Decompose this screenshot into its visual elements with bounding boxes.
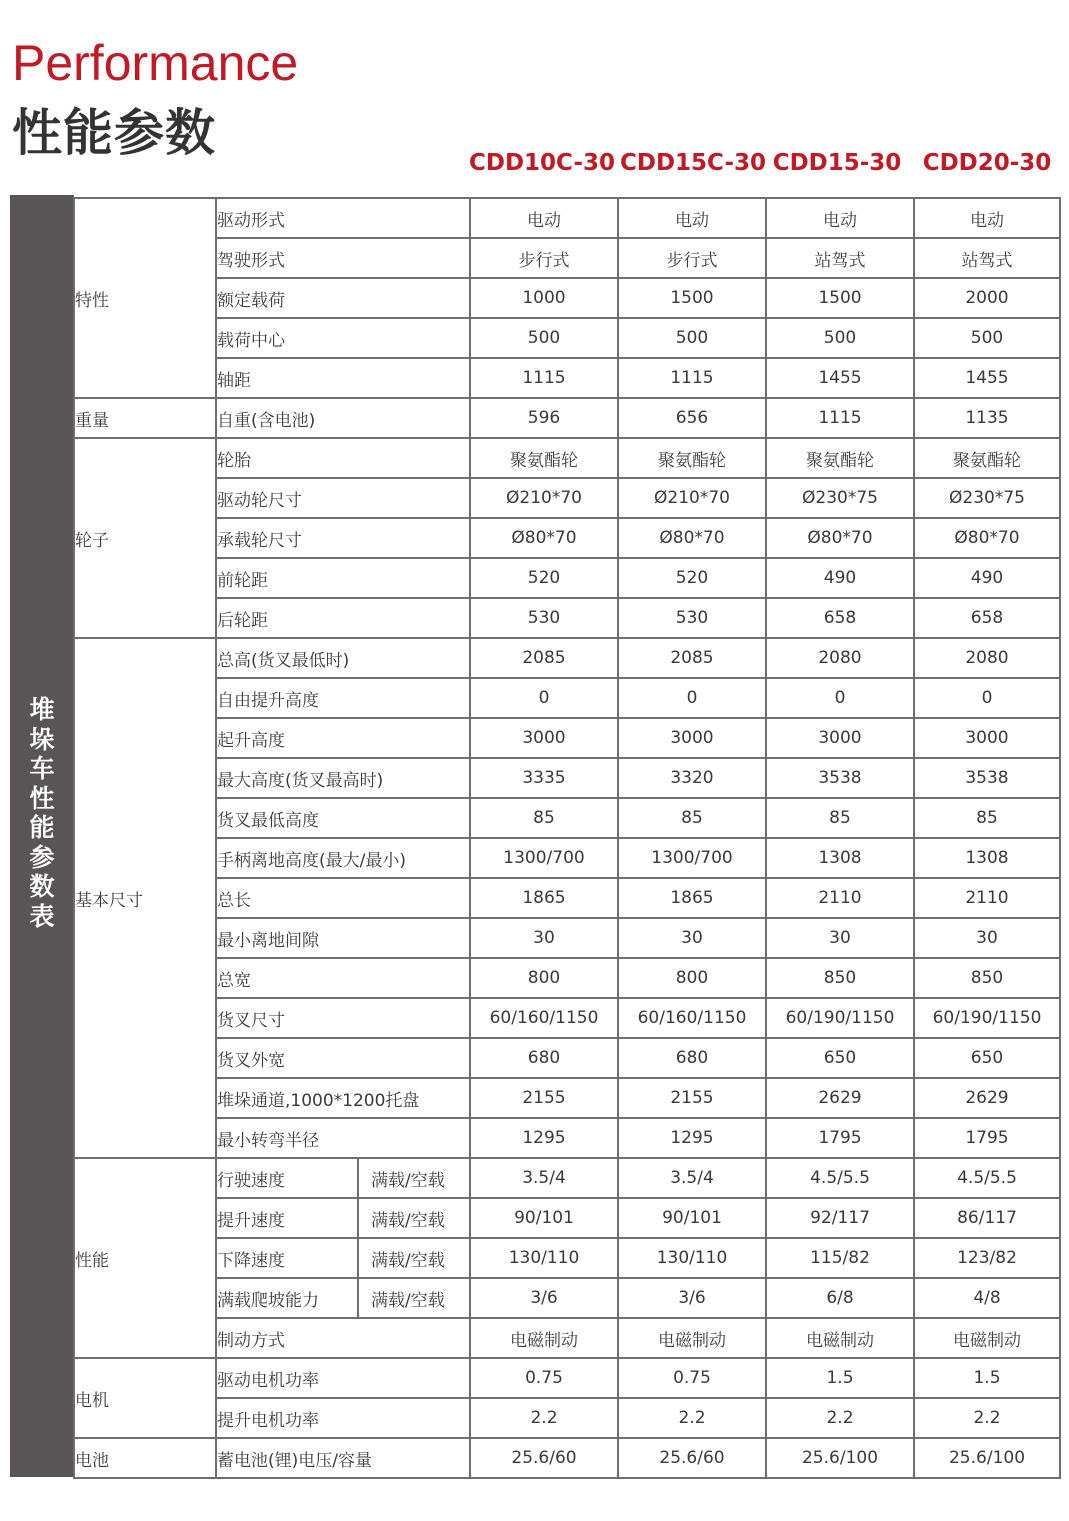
table-row: 驱动轮尺寸Ø210*70Ø210*70Ø230*75Ø230*75: [74, 478, 1060, 518]
category-cell: 电机: [74, 1358, 216, 1438]
param-cell: 蓄电池(锂)电压/容量: [216, 1438, 470, 1478]
value-cell: Ø230*75: [766, 478, 914, 518]
value-cell: 123/82: [914, 1238, 1060, 1278]
value-cell: 650: [766, 1038, 914, 1078]
value-cell: 650: [914, 1038, 1060, 1078]
category-cell: 性能: [74, 1158, 216, 1358]
value-cell: Ø210*70: [618, 478, 766, 518]
category-cell: 重量: [74, 398, 216, 438]
value-cell: 3/6: [618, 1278, 766, 1318]
value-cell: 4.5/5.5: [914, 1158, 1060, 1198]
value-cell: 490: [766, 558, 914, 598]
table-row: 重量自重(含电池)59665611151135: [74, 398, 1060, 438]
param-cell: 提升电机功率: [216, 1398, 470, 1438]
value-cell: 86/117: [914, 1198, 1060, 1238]
value-cell: 596: [470, 398, 618, 438]
value-cell: 520: [618, 558, 766, 598]
title-performance: Performance: [12, 38, 298, 88]
table-row: 货叉尺寸60/160/115060/160/115060/190/115060/…: [74, 998, 1060, 1038]
table-row: 最大高度(货叉最高时)3335332035383538: [74, 758, 1060, 798]
value-cell: 0: [914, 678, 1060, 718]
table-row: 轮子轮胎聚氨酯轮聚氨酯轮聚氨酯轮聚氨酯轮: [74, 438, 1060, 478]
value-cell: 130/110: [618, 1238, 766, 1278]
param-cell: 驾驶形式: [216, 238, 470, 278]
category-cell: 电池: [74, 1438, 216, 1478]
table-row: 自由提升高度0000: [74, 678, 1060, 718]
value-cell: 1295: [470, 1118, 618, 1158]
table-row: 满载爬坡能力满载/空载3/63/66/84/8: [74, 1278, 1060, 1318]
param-cell: 起升高度: [216, 718, 470, 758]
value-cell: 0.75: [618, 1358, 766, 1398]
category-cell: 特性: [74, 198, 216, 398]
value-cell: 3000: [766, 718, 914, 758]
param-cell: 最小离地间隙: [216, 918, 470, 958]
model-name: CDD15C-30: [619, 148, 767, 178]
param-cell: 总长: [216, 878, 470, 918]
param-cell: 总宽: [216, 958, 470, 998]
value-cell: 电磁制动: [470, 1318, 618, 1358]
value-cell: 850: [766, 958, 914, 998]
value-cell: 2.2: [914, 1398, 1060, 1438]
table-row: 前轮距520520490490: [74, 558, 1060, 598]
param-cell: 最小转弯半径: [216, 1118, 470, 1158]
value-cell: 2155: [618, 1078, 766, 1118]
value-cell: 85: [914, 798, 1060, 838]
table-row: 基本尺寸总高(货叉最低时)2085208520802080: [74, 638, 1060, 678]
param-cell: 制动方式: [216, 1318, 470, 1358]
value-cell: 3538: [914, 758, 1060, 798]
value-cell: Ø80*70: [618, 518, 766, 558]
model-name: CDD15-30: [763, 148, 911, 178]
value-cell: 电动: [766, 198, 914, 238]
value-cell: 聚氨酯轮: [618, 438, 766, 478]
param-cell: 驱动形式: [216, 198, 470, 238]
value-cell: 3000: [914, 718, 1060, 758]
param-cell: 手柄离地高度(最大/最小): [216, 838, 470, 878]
value-cell: 6/8: [766, 1278, 914, 1318]
table-row: 后轮距530530658658: [74, 598, 1060, 638]
table-row: 载荷中心500500500500: [74, 318, 1060, 358]
value-cell: 2080: [914, 638, 1060, 678]
param-cell: 满载爬坡能力: [216, 1278, 358, 1318]
table-row: 最小转弯半径1295129517951795: [74, 1118, 1060, 1158]
value-cell: 30: [766, 918, 914, 958]
value-cell: 电磁制动: [766, 1318, 914, 1358]
value-cell: 25.6/100: [914, 1438, 1060, 1478]
value-cell: 500: [618, 318, 766, 358]
table-row: 总宽800800850850: [74, 958, 1060, 998]
param-cell: 自由提升高度: [216, 678, 470, 718]
value-cell: 90/101: [470, 1198, 618, 1238]
side-label-char: 表: [29, 902, 54, 932]
value-cell: 656: [618, 398, 766, 438]
value-cell: 聚氨酯轮: [766, 438, 914, 478]
value-cell: 1455: [914, 358, 1060, 398]
param-cell: 自重(含电池): [216, 398, 470, 438]
table-row: 堆垛通道,1000*1200托盘2155215526292629: [74, 1078, 1060, 1118]
table-row: 承载轮尺寸Ø80*70Ø80*70Ø80*70Ø80*70: [74, 518, 1060, 558]
value-cell: 2080: [766, 638, 914, 678]
value-cell: 2.2: [618, 1398, 766, 1438]
value-cell: 490: [914, 558, 1060, 598]
value-cell: 1115: [766, 398, 914, 438]
table-row: 电池蓄电池(锂)电压/容量25.6/6025.6/6025.6/10025.6/…: [74, 1438, 1060, 1478]
param-cell: 后轮距: [216, 598, 470, 638]
value-cell: 站驾式: [766, 238, 914, 278]
value-cell: 25.6/100: [766, 1438, 914, 1478]
value-cell: 30: [618, 918, 766, 958]
param-cell: 前轮距: [216, 558, 470, 598]
table-row: 特性驱动形式电动电动电动电动: [74, 198, 1060, 238]
value-cell: 530: [470, 598, 618, 638]
value-cell: 4/8: [914, 1278, 1060, 1318]
value-cell: 1135: [914, 398, 1060, 438]
param-cell: 货叉外宽: [216, 1038, 470, 1078]
param-cell: 提升速度: [216, 1198, 358, 1238]
param-cell: 堆垛通道,1000*1200托盘: [216, 1078, 470, 1118]
side-label: 堆垛车性能参数表: [10, 695, 74, 931]
value-cell: 60/190/1150: [914, 998, 1060, 1038]
value-cell: 130/110: [470, 1238, 618, 1278]
table-row: 货叉最低高度85858585: [74, 798, 1060, 838]
value-cell: 115/82: [766, 1238, 914, 1278]
value-cell: Ø210*70: [470, 478, 618, 518]
param-cell: 额定载荷: [216, 278, 470, 318]
value-cell: 2085: [470, 638, 618, 678]
value-cell: 85: [618, 798, 766, 838]
value-cell: 0: [766, 678, 914, 718]
param-cell: 轴距: [216, 358, 470, 398]
value-cell: 2000: [914, 278, 1060, 318]
side-label-char: 堆: [29, 695, 54, 725]
spec-table: 特性驱动形式电动电动电动电动驾驶形式步行式步行式站驾式站驾式额定载荷100015…: [73, 197, 1061, 1479]
value-cell: 2.2: [766, 1398, 914, 1438]
value-cell: 1300/700: [470, 838, 618, 878]
value-cell: 0: [618, 678, 766, 718]
table-row: 手柄离地高度(最大/最小)1300/7001300/70013081308: [74, 838, 1060, 878]
value-cell: 60/160/1150: [618, 998, 766, 1038]
table-row: 提升电机功率2.22.22.22.2: [74, 1398, 1060, 1438]
table-row: 驾驶形式步行式步行式站驾式站驾式: [74, 238, 1060, 278]
value-cell: 92/117: [766, 1198, 914, 1238]
value-cell: 60/190/1150: [766, 998, 914, 1038]
value-cell: 85: [766, 798, 914, 838]
param-cell: 总高(货叉最低时): [216, 638, 470, 678]
value-cell: 2110: [914, 878, 1060, 918]
value-cell: 0.75: [470, 1358, 618, 1398]
value-cell: 85: [470, 798, 618, 838]
category-cell: 基本尺寸: [74, 638, 216, 1158]
param-cell: 货叉尺寸: [216, 998, 470, 1038]
param-cell: 驱动轮尺寸: [216, 478, 470, 518]
value-cell: 2155: [470, 1078, 618, 1118]
value-cell: 站驾式: [914, 238, 1060, 278]
value-cell: 1795: [766, 1118, 914, 1158]
value-cell: 1865: [618, 878, 766, 918]
value-cell: 30: [470, 918, 618, 958]
param-cell: 驱动电机功率: [216, 1358, 470, 1398]
value-cell: 1795: [914, 1118, 1060, 1158]
value-cell: 1.5: [766, 1358, 914, 1398]
table-row: 性能行驶速度满载/空载3.5/43.5/44.5/5.54.5/5.5: [74, 1158, 1060, 1198]
value-cell: 3320: [618, 758, 766, 798]
value-cell: 658: [914, 598, 1060, 638]
value-cell: 1455: [766, 358, 914, 398]
side-label-char: 数: [29, 872, 54, 902]
value-cell: Ø230*75: [914, 478, 1060, 518]
value-cell: 1865: [470, 878, 618, 918]
value-cell: 850: [914, 958, 1060, 998]
value-cell: 3000: [618, 718, 766, 758]
value-cell: 3538: [766, 758, 914, 798]
side-label-char: 垛: [29, 725, 54, 755]
value-cell: 2085: [618, 638, 766, 678]
value-cell: 聚氨酯轮: [914, 438, 1060, 478]
value-cell: 500: [766, 318, 914, 358]
table-row: 轴距1115111514551455: [74, 358, 1060, 398]
param-cell: 货叉最低高度: [216, 798, 470, 838]
value-cell: 1295: [618, 1118, 766, 1158]
table-row: 制动方式电磁制动电磁制动电磁制动电磁制动: [74, 1318, 1060, 1358]
value-cell: 2629: [914, 1078, 1060, 1118]
value-cell: 680: [618, 1038, 766, 1078]
value-cell: 1300/700: [618, 838, 766, 878]
table-row: 额定载荷1000150015002000: [74, 278, 1060, 318]
table-row: 起升高度3000300030003000: [74, 718, 1060, 758]
value-cell: 25.6/60: [618, 1438, 766, 1478]
param-cell: 最大高度(货叉最高时): [216, 758, 470, 798]
value-cell: 3/6: [470, 1278, 618, 1318]
condition-cell: 满载/空载: [358, 1198, 470, 1238]
param-cell: 载荷中心: [216, 318, 470, 358]
value-cell: 2.2: [470, 1398, 618, 1438]
value-cell: Ø80*70: [766, 518, 914, 558]
value-cell: 520: [470, 558, 618, 598]
value-cell: 1308: [914, 838, 1060, 878]
value-cell: 电动: [618, 198, 766, 238]
model-name: CDD10C-30: [468, 148, 616, 178]
table-row: 货叉外宽680680650650: [74, 1038, 1060, 1078]
table-row: 最小离地间隙30303030: [74, 918, 1060, 958]
value-cell: Ø80*70: [914, 518, 1060, 558]
value-cell: 电磁制动: [618, 1318, 766, 1358]
param-cell: 承载轮尺寸: [216, 518, 470, 558]
param-cell: 下降速度: [216, 1238, 358, 1278]
value-cell: 500: [470, 318, 618, 358]
value-cell: 1308: [766, 838, 914, 878]
category-cell: 轮子: [74, 438, 216, 638]
value-cell: 0: [470, 678, 618, 718]
value-cell: 30: [914, 918, 1060, 958]
value-cell: 90/101: [618, 1198, 766, 1238]
value-cell: 3.5/4: [618, 1158, 766, 1198]
value-cell: 1500: [618, 278, 766, 318]
value-cell: 658: [766, 598, 914, 638]
value-cell: 800: [618, 958, 766, 998]
table-row: 总长1865186521102110: [74, 878, 1060, 918]
value-cell: 500: [914, 318, 1060, 358]
value-cell: 25.6/60: [470, 1438, 618, 1478]
side-label-char: 性: [29, 784, 54, 814]
value-cell: 60/160/1150: [470, 998, 618, 1038]
side-label-char: 参: [29, 843, 54, 873]
condition-cell: 满载/空载: [358, 1158, 470, 1198]
side-label-char: 能: [29, 813, 54, 843]
model-name: CDD20-30: [913, 148, 1061, 178]
table-row: 提升速度满载/空载90/10190/10192/11786/117: [74, 1198, 1060, 1238]
value-cell: 680: [470, 1038, 618, 1078]
value-cell: 2629: [766, 1078, 914, 1118]
value-cell: 步行式: [618, 238, 766, 278]
value-cell: 530: [618, 598, 766, 638]
value-cell: 1500: [766, 278, 914, 318]
value-cell: 4.5/5.5: [766, 1158, 914, 1198]
condition-cell: 满载/空载: [358, 1278, 470, 1318]
value-cell: 聚氨酯轮: [470, 438, 618, 478]
value-cell: Ø80*70: [470, 518, 618, 558]
value-cell: 电磁制动: [914, 1318, 1060, 1358]
value-cell: 3000: [470, 718, 618, 758]
value-cell: 1115: [470, 358, 618, 398]
model-header-row: CDD10C-30 CDD15C-30 CDD15-30 CDD20-30: [0, 148, 1069, 178]
value-cell: 步行式: [470, 238, 618, 278]
value-cell: 1115: [618, 358, 766, 398]
value-cell: 1000: [470, 278, 618, 318]
condition-cell: 满载/空载: [358, 1238, 470, 1278]
table-row: 电机驱动电机功率0.750.751.51.5: [74, 1358, 1060, 1398]
value-cell: 1.5: [914, 1358, 1060, 1398]
side-label-char: 车: [29, 754, 54, 784]
value-cell: 电动: [470, 198, 618, 238]
param-cell: 轮胎: [216, 438, 470, 478]
value-cell: 2110: [766, 878, 914, 918]
value-cell: 电动: [914, 198, 1060, 238]
value-cell: 3.5/4: [470, 1158, 618, 1198]
param-cell: 行驶速度: [216, 1158, 358, 1198]
value-cell: 3335: [470, 758, 618, 798]
value-cell: 800: [470, 958, 618, 998]
table-row: 下降速度满载/空载130/110130/110115/82123/82: [74, 1238, 1060, 1278]
